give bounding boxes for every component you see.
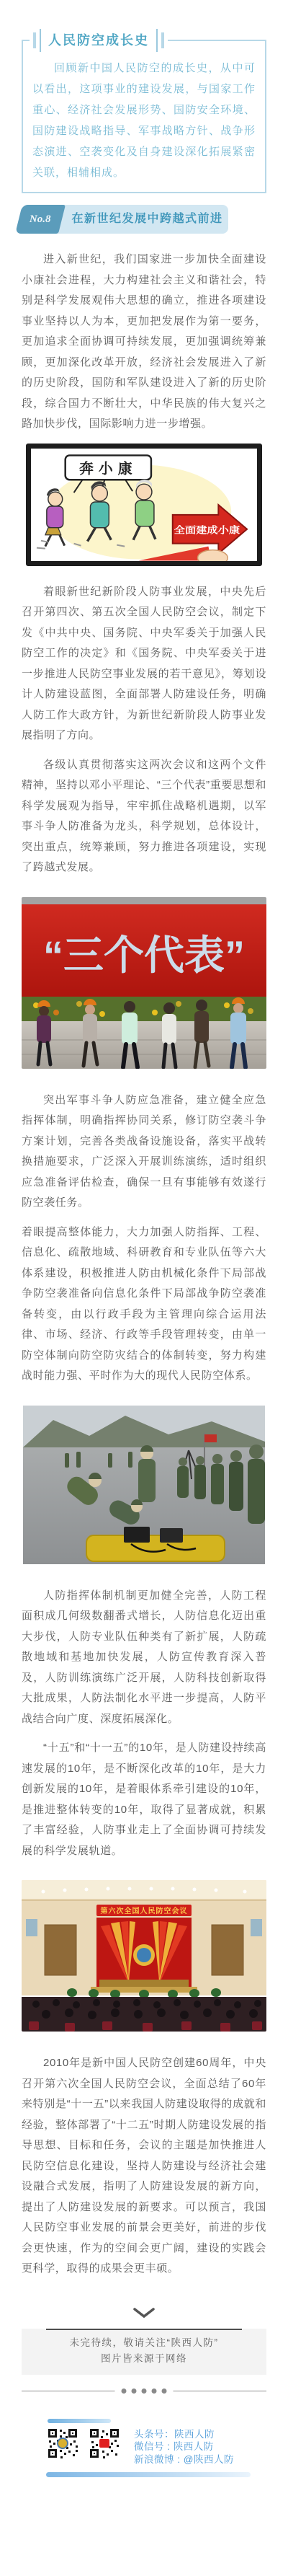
paragraph: 进入新世纪，我们国家进一步加快全面建设小康社会进程，大力构建社会主义和谐社会，特… [22, 250, 266, 435]
section-number: No.8 [30, 213, 51, 226]
paragraph: 着眼提高整体能力，大力加强人防指挥、工程、信息化、疏散地域、科研教育和专业队伍等… [22, 1222, 266, 1387]
paragraph: 突出军事斗争人防应急准备，建立健全应急指挥体制，明确指挥协同关系，修订防空袭斗争… [22, 1090, 266, 1214]
footer-contacts: 头条号：陕西人防 微信号 : 陕西人防 新浪微博 : @陕西人防 [46, 2419, 256, 2478]
divider [156, 29, 158, 52]
soldiers-photo [22, 1406, 266, 1564]
cartoon-sign-text: 全面建成小康 [174, 524, 240, 535]
ending-note-box: 未完待续，敬请关注“陕西人防” 图片皆来源于网络 [22, 2329, 266, 2375]
article-body: 进入新世纪，我们国家进一步加快全面建设小康社会进程，大力构建社会主义和谐社会，特… [0, 250, 288, 435]
decor-blue-bar [46, 2472, 251, 2477]
paragraph: “十五”和“十一五”的10年，是人防建设持续高速发展的10年，是不断深化改革的1… [22, 1738, 266, 1861]
photo-three-represents-billboard: “三个代表” [22, 897, 266, 1069]
conference-banner-text: 第六次全国人民防空会议 [101, 1906, 188, 1915]
dotted-divider [22, 2384, 266, 2399]
intro-text: 回顾新中国人民防空的成长史，从中可以看出，这项事业的建设发展，与国家工作重心、经… [32, 58, 256, 183]
photo-soldiers-equipment [22, 1406, 266, 1564]
ending-note-line1: 未完待续，敬请关注“陕西人防” [22, 2335, 266, 2351]
article-body: 2010年是新中国人民防空创建60周年，中央召开第六次全国人民防空会议，全面总结… [0, 2053, 288, 2280]
contact-wechat: 微信号 : 陕西人防 [134, 2440, 234, 2453]
contact-weibo: 新浪微博 : @陕西人防 [134, 2453, 234, 2466]
contact-lines: 头条号：陕西人防 微信号 : 陕西人防 新浪微博 : @陕西人防 [134, 2427, 234, 2466]
page-title: 人民防空成长史 [41, 29, 156, 52]
cartoon-running-to-xiaokang: 奔小康 全面建成小康 [31, 449, 257, 561]
divider [33, 32, 36, 48]
divider [22, 40, 30, 41]
section-number-badge: No.8 [15, 205, 66, 234]
paragraph: 2010年是新中国人民防空创建60周年，中央召开第六次全国人民防空会议，全面总结… [22, 2053, 266, 2280]
ending-note-line2: 图片皆来源于网络 [22, 2351, 266, 2367]
photo-conference-hall: 第六次全国人民防空会议 [22, 1880, 266, 2032]
divider [161, 32, 164, 48]
section-title: 在新世纪发展中跨越式前进 [66, 205, 228, 234]
cartoon-bubble-text: 奔小康 [79, 460, 137, 477]
intro-quote-box: 人民防空成长史 回顾新中国人民防空的成长史，从中可以看出，这项事业的建设发展，与… [22, 40, 266, 193]
cartoon-image: 奔小康 全面建成小康 [26, 444, 262, 566]
article-body: 着眼新世纪新阶段人防事业发展，中央先后召开第四次、第五次全国人民防空会议，制定下… [0, 582, 288, 878]
article-page: 人民防空成长史 回顾新中国人民防空的成长史，从中可以看出，这项事业的建设发展，与… [0, 0, 288, 2502]
paragraph: 着眼新世纪新阶段人防事业发展，中央先后召开第四次、第五次全国人民防空会议，制定下… [22, 582, 266, 746]
decor-blue-bar [48, 2419, 111, 2423]
contact-toutiao: 头条号：陕西人防 [134, 2428, 234, 2441]
paragraph: 各级认真贯彻落实这两次会议和这两个文件精神，坚持以邓小平理论、“三个代表”重要思… [22, 755, 266, 878]
qr-code-toutiao [88, 2427, 121, 2460]
article-body: 人防指挥体制机制更加健全完善，人防工程面积成几何级数翻番式增长，人防信息化迈出重… [0, 1586, 288, 1862]
conference-photo: 第六次全国人民防空会议 [22, 1880, 266, 2032]
chevron-down-icon [0, 2307, 288, 2319]
qr-code-wechat [46, 2427, 79, 2460]
section-header: No.8 在新世纪发展中跨越式前进 [22, 205, 228, 234]
paragraph: 人防指挥体制机制更加健全完善，人防工程面积成几何级数翻番式增长，人防信息化迈出重… [22, 1586, 266, 1730]
billboard-photo: “三个代表” [22, 897, 266, 1069]
divider [168, 40, 266, 41]
intro-box-header: 人民防空成长史 [22, 29, 266, 52]
billboard-text: “三个代表” [43, 932, 245, 978]
article-body: 突出军事斗争人防应急准备，建立健全应急指挥体制，明确指挥协同关系，修订防空袭斗争… [0, 1090, 288, 1387]
